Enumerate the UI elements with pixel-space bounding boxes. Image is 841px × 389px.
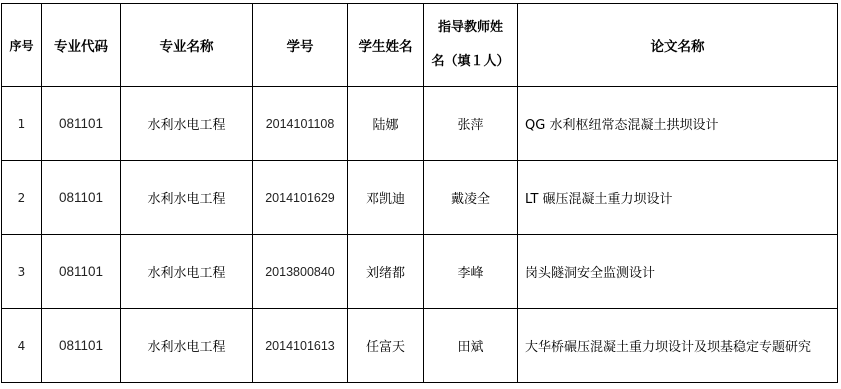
header-major-name: 专业名称 (121, 4, 253, 87)
table-row: 2 081101 水利水电工程 2014101629 邓凯迪 戴凌全 LT 碾压… (2, 161, 838, 235)
cell-thesis-title: QG 水利枢纽常态混凝土拱坝设计 (518, 87, 838, 161)
cell-major-name: 水利水电工程 (121, 87, 253, 161)
cell-index: 4 (2, 309, 42, 383)
cell-student-id: 2014101629 (253, 161, 348, 235)
cell-thesis-title: 大华桥碾压混凝土重力坝设计及坝基稳定专题研究 (518, 309, 838, 383)
cell-student-id: 2014101613 (253, 309, 348, 383)
header-advisor-line2: 名（填１人） (424, 45, 517, 79)
cell-advisor: 李峰 (424, 235, 518, 309)
header-student-id: 学号 (253, 4, 348, 87)
cell-major-code: 081101 (42, 235, 121, 309)
header-advisor: 指导教师姓 名（填１人） (424, 4, 518, 87)
cell-major-name: 水利水电工程 (121, 235, 253, 309)
table-row: 1 081101 水利水电工程 2014101108 陆娜 张萍 QG 水利枢纽… (2, 87, 838, 161)
header-row: 序号 专业代码 专业名称 学号 学生姓名 指导教师姓 名（填１人） 论文名称 (2, 4, 838, 87)
cell-major-name: 水利水电工程 (121, 309, 253, 383)
cell-index: 1 (2, 87, 42, 161)
cell-student-name: 任富天 (348, 309, 424, 383)
header-thesis-title: 论文名称 (518, 4, 838, 87)
cell-advisor: 戴凌全 (424, 161, 518, 235)
cell-index: 3 (2, 235, 42, 309)
cell-thesis-title: LT 碾压混凝土重力坝设计 (518, 161, 838, 235)
header-major-code: 专业代码 (42, 4, 121, 87)
table-row: 4 081101 水利水电工程 2014101613 任富天 田斌 大华桥碾压混… (2, 309, 838, 383)
cell-major-code: 081101 (42, 87, 121, 161)
cell-student-name: 邓凯迪 (348, 161, 424, 235)
cell-advisor: 张萍 (424, 87, 518, 161)
cell-student-id: 2014101108 (253, 87, 348, 161)
cell-major-code: 081101 (42, 161, 121, 235)
cell-major-name: 水利水电工程 (121, 161, 253, 235)
header-advisor-line1: 指导教师姓 (424, 11, 517, 45)
thesis-table: 序号 专业代码 专业名称 学号 学生姓名 指导教师姓 名（填１人） 论文名称 1… (1, 3, 838, 383)
header-index: 序号 (2, 4, 42, 87)
cell-index: 2 (2, 161, 42, 235)
cell-major-code: 081101 (42, 309, 121, 383)
cell-student-name: 刘绪都 (348, 235, 424, 309)
cell-thesis-title: 岗头隧洞安全监测设计 (518, 235, 838, 309)
cell-student-name: 陆娜 (348, 87, 424, 161)
table-row: 3 081101 水利水电工程 2013800840 刘绪都 李峰 岗头隧洞安全… (2, 235, 838, 309)
header-student-name: 学生姓名 (348, 4, 424, 87)
cell-student-id: 2013800840 (253, 235, 348, 309)
cell-advisor: 田斌 (424, 309, 518, 383)
